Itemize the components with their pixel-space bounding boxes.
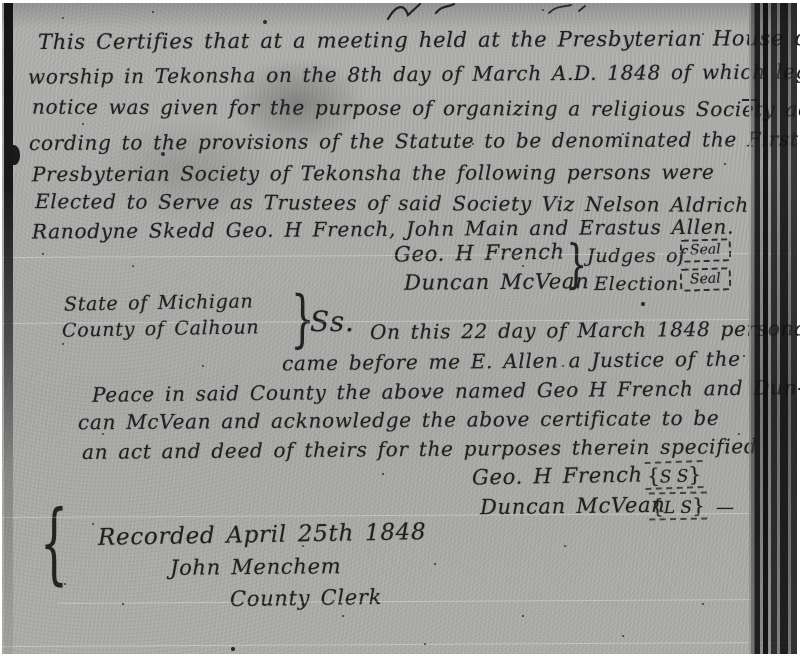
certificate-line: Ranodyne Skedd Geo. H French, John Main … <box>32 215 734 244</box>
cutoff-stroke-mark <box>547 3 587 15</box>
venue-state: State of Michigan <box>64 290 254 315</box>
scratch-line <box>2 642 797 647</box>
scratch-line <box>57 599 757 604</box>
judge-signature: Geo. H French <box>394 240 565 267</box>
seal-initials: S S <box>659 467 688 488</box>
attestation-line: an act and deed of theirs for the purpos… <box>82 434 758 464</box>
brace-glyph: { <box>651 494 664 518</box>
recording-line: Recorded April 25th 1848 <box>98 519 427 551</box>
seal-annotation: {L S} <box>649 491 707 520</box>
cutoff-stroke-mark <box>384 3 474 23</box>
dash-mark: — <box>716 497 735 518</box>
seal-annotation: Seal <box>680 267 731 292</box>
page-left-binding-edge <box>4 3 13 654</box>
seal-annotation: {S S} <box>645 460 704 490</box>
judge-signature: Duncan McVean <box>404 269 590 295</box>
judges-label: Judges of <box>587 245 686 267</box>
certificate-line: cording to the provisions of the Statute… <box>29 127 799 155</box>
brace-glyph: } <box>688 462 702 486</box>
brace-glyph: { <box>40 499 68 587</box>
seal-annotation: Seal <box>680 238 731 263</box>
certificate-line: notice was given for the purpose of orga… <box>32 95 800 122</box>
attestation-line: Peace in said County the above named Geo… <box>92 375 800 406</box>
judges-label: Election <box>594 273 679 295</box>
book-gutter-binding <box>749 3 797 654</box>
seal-initials: L S <box>664 498 693 518</box>
attestation-line: came before me E. Allen a Justice of the <box>282 347 741 376</box>
certificate-line: Elected to Serve as Trustees of said Soc… <box>35 189 749 217</box>
brace-glyph: { <box>647 464 661 488</box>
attestation-line: can McVean and acknowledge the above cer… <box>78 406 720 434</box>
venue-county: County of Calhoun <box>62 316 260 341</box>
acknowledgment-signature: Geo. H French <box>472 463 643 490</box>
document-scan: This Certifies that at a meeting held at… <box>0 0 800 660</box>
certificate-line: worship in Tekonsha on the 8th day of Ma… <box>28 59 800 89</box>
clerk-title: County Clerk <box>230 585 382 611</box>
certificate-line: This Certifies that at a meeting held at… <box>38 26 800 54</box>
record-book-page: This Certifies that at a meeting held at… <box>2 3 797 654</box>
clerk-signature: John Menchem <box>170 554 342 580</box>
certificate-line: Presbyterian Society of Tekonsha the fol… <box>32 160 715 186</box>
